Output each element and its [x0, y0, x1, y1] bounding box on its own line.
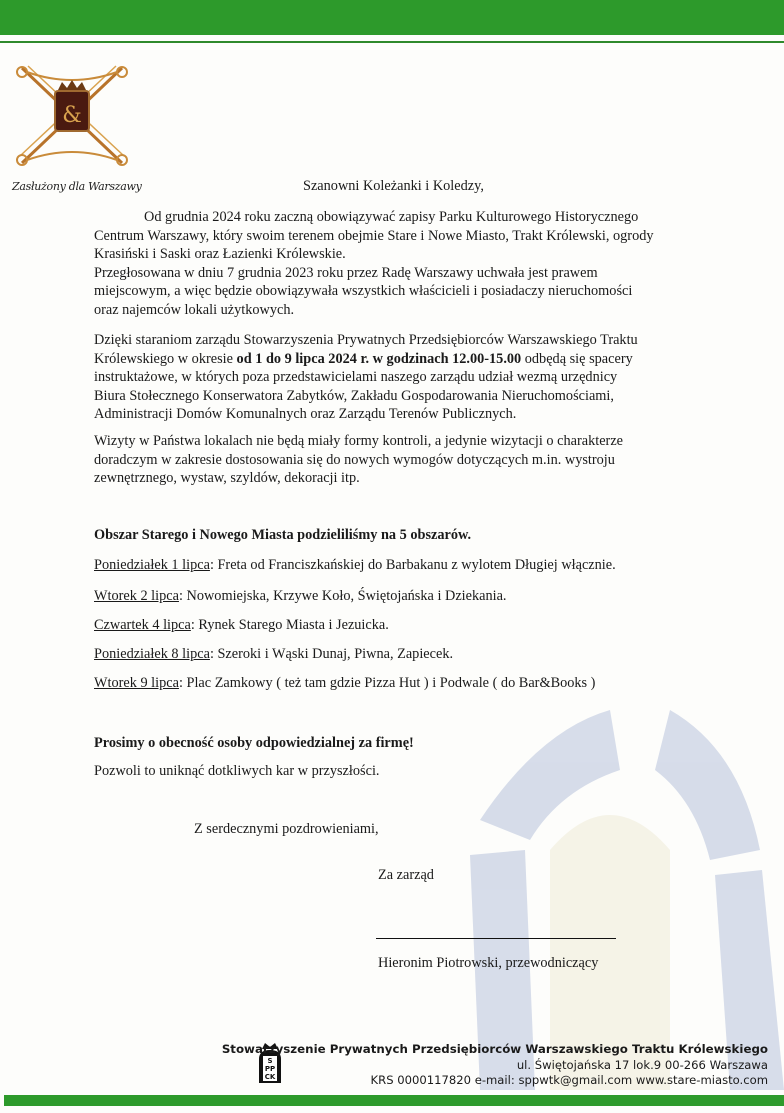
- header-rule: [0, 41, 784, 43]
- signature-line: [376, 938, 616, 939]
- footer-contact: Stowarzyszenie Prywatnych Przedsiębiorcó…: [222, 1042, 768, 1089]
- paragraph-line: Administracji Domów Komunalnych oraz Zar…: [94, 405, 638, 424]
- area-streets: : Nowomiejska, Krzywe Koło, Świętojańska…: [179, 588, 507, 604]
- area-day: Wtorek 2 lipca: [94, 588, 179, 604]
- paragraph-line: Królewskiego w okresie od 1 do 9 lipca 2…: [94, 350, 638, 369]
- area-streets: : Rynek Starego Miasta i Jezuicka.: [191, 617, 389, 633]
- area-item: Czwartek 4 lipca: Rynek Starego Miasta i…: [94, 616, 389, 635]
- footer-org-name: Stowarzyszenie Prywatnych Przedsiębiorcó…: [222, 1042, 768, 1058]
- paragraph-line: Od grudnia 2024 roku zaczną obowiązywać …: [94, 208, 654, 227]
- sppwtk-watermark-icon: [440, 690, 784, 1090]
- text-span: odbędą się spacery: [521, 351, 633, 367]
- paragraph-line: Wizyty w Państwa lokalach nie będą miały…: [94, 432, 623, 451]
- closing-regards: Z serdecznymi pozdrowieniami,: [194, 820, 379, 839]
- signatory: Hieronim Piotrowski, przewodniczący: [378, 954, 598, 973]
- footer-address: ul. Świętojańska 17 lok.9 00-266 Warszaw…: [222, 1058, 768, 1074]
- paragraph-line: Dzięki staraniom zarządu Stowarzyszenia …: [94, 331, 638, 350]
- paragraph-park-regulations: Od grudnia 2024 roku zaczną obowiązywać …: [94, 208, 654, 319]
- paragraph-line: doradczym w zakresie dostosowania się do…: [94, 451, 623, 470]
- paragraph-line: zewnętrznego, wystaw, szyldów, dekoracji…: [94, 469, 623, 488]
- motto-text: Zasłużony dla Warszawy: [12, 180, 142, 193]
- penalty-note: Pozwoli to uniknąć dotkliwych kar w przy…: [94, 762, 379, 781]
- area-streets: : Szeroki i Wąski Dunaj, Piwna, Zapiecek…: [210, 646, 453, 662]
- paragraph-line: Krasiński i Saski oraz Łazienki Królewsk…: [94, 245, 654, 264]
- paragraph-visits: Wizyty w Państwa lokalach nie będą miały…: [94, 432, 623, 488]
- area-streets: : Plac Zamkowy ( też tam gdzie Pizza Hut…: [179, 675, 596, 691]
- paragraph-line: instruktażowe, w których poza przedstawi…: [94, 368, 638, 387]
- paragraph-line: Biura Stołecznego Konserwatora Zabytków,…: [94, 387, 638, 406]
- greeting: Szanowni Koleżanki i Koledzy,: [303, 177, 484, 196]
- paragraph-line: Centrum Warszawy, który swoim terenem ob…: [94, 227, 654, 246]
- area-day: Wtorek 9 lipca: [94, 675, 179, 691]
- area-item: Poniedziałek 8 lipca: Szeroki i Wąski Du…: [94, 645, 453, 664]
- area-item: Wtorek 9 lipca: Plac Zamkowy ( też tam g…: [94, 674, 595, 693]
- area-item: Wtorek 2 lipca: Nowomiejska, Krzywe Koło…: [94, 587, 507, 606]
- paragraph-walks: Dzięki staraniom zarządu Stowarzyszenia …: [94, 331, 638, 424]
- paragraph-line: oraz najemców lokali użytkowych.: [94, 301, 654, 320]
- header-green-band: [0, 0, 784, 35]
- attendance-request: Prosimy o obecność osoby odpowiedzialnej…: [94, 734, 414, 753]
- walk-dates: od 1 do 9 lipca 2024 r. w godzinach 12.0…: [237, 351, 522, 367]
- svg-text:&: &: [62, 103, 82, 128]
- area-day: Poniedziałek 1 lipca: [94, 557, 210, 573]
- board-label: Za zarząd: [378, 866, 434, 885]
- paragraph-line: miejscowym, a więc będzie obowiązywała w…: [94, 282, 654, 301]
- text-span: Królewskiego w okresie: [94, 351, 237, 367]
- area-item: Poniedziałek 1 lipca: Freta od Franciszk…: [94, 556, 616, 575]
- footer-contact-line: KRS 0000117820 e-mail: sppwtk@gmail.com …: [222, 1073, 768, 1089]
- city-emblem-logo-icon: &: [12, 58, 132, 173]
- areas-heading: Obszar Starego i Nowego Miasta podzielil…: [94, 526, 471, 545]
- footer-green-band: [4, 1095, 784, 1106]
- area-day: Czwartek 4 lipca: [94, 617, 191, 633]
- area-streets: : Freta od Franciszkańskiej do Barbakanu…: [210, 557, 616, 573]
- area-day: Poniedziałek 8 lipca: [94, 646, 210, 662]
- paragraph-line: Przegłosowana w dniu 7 grudnia 2023 roku…: [94, 264, 654, 283]
